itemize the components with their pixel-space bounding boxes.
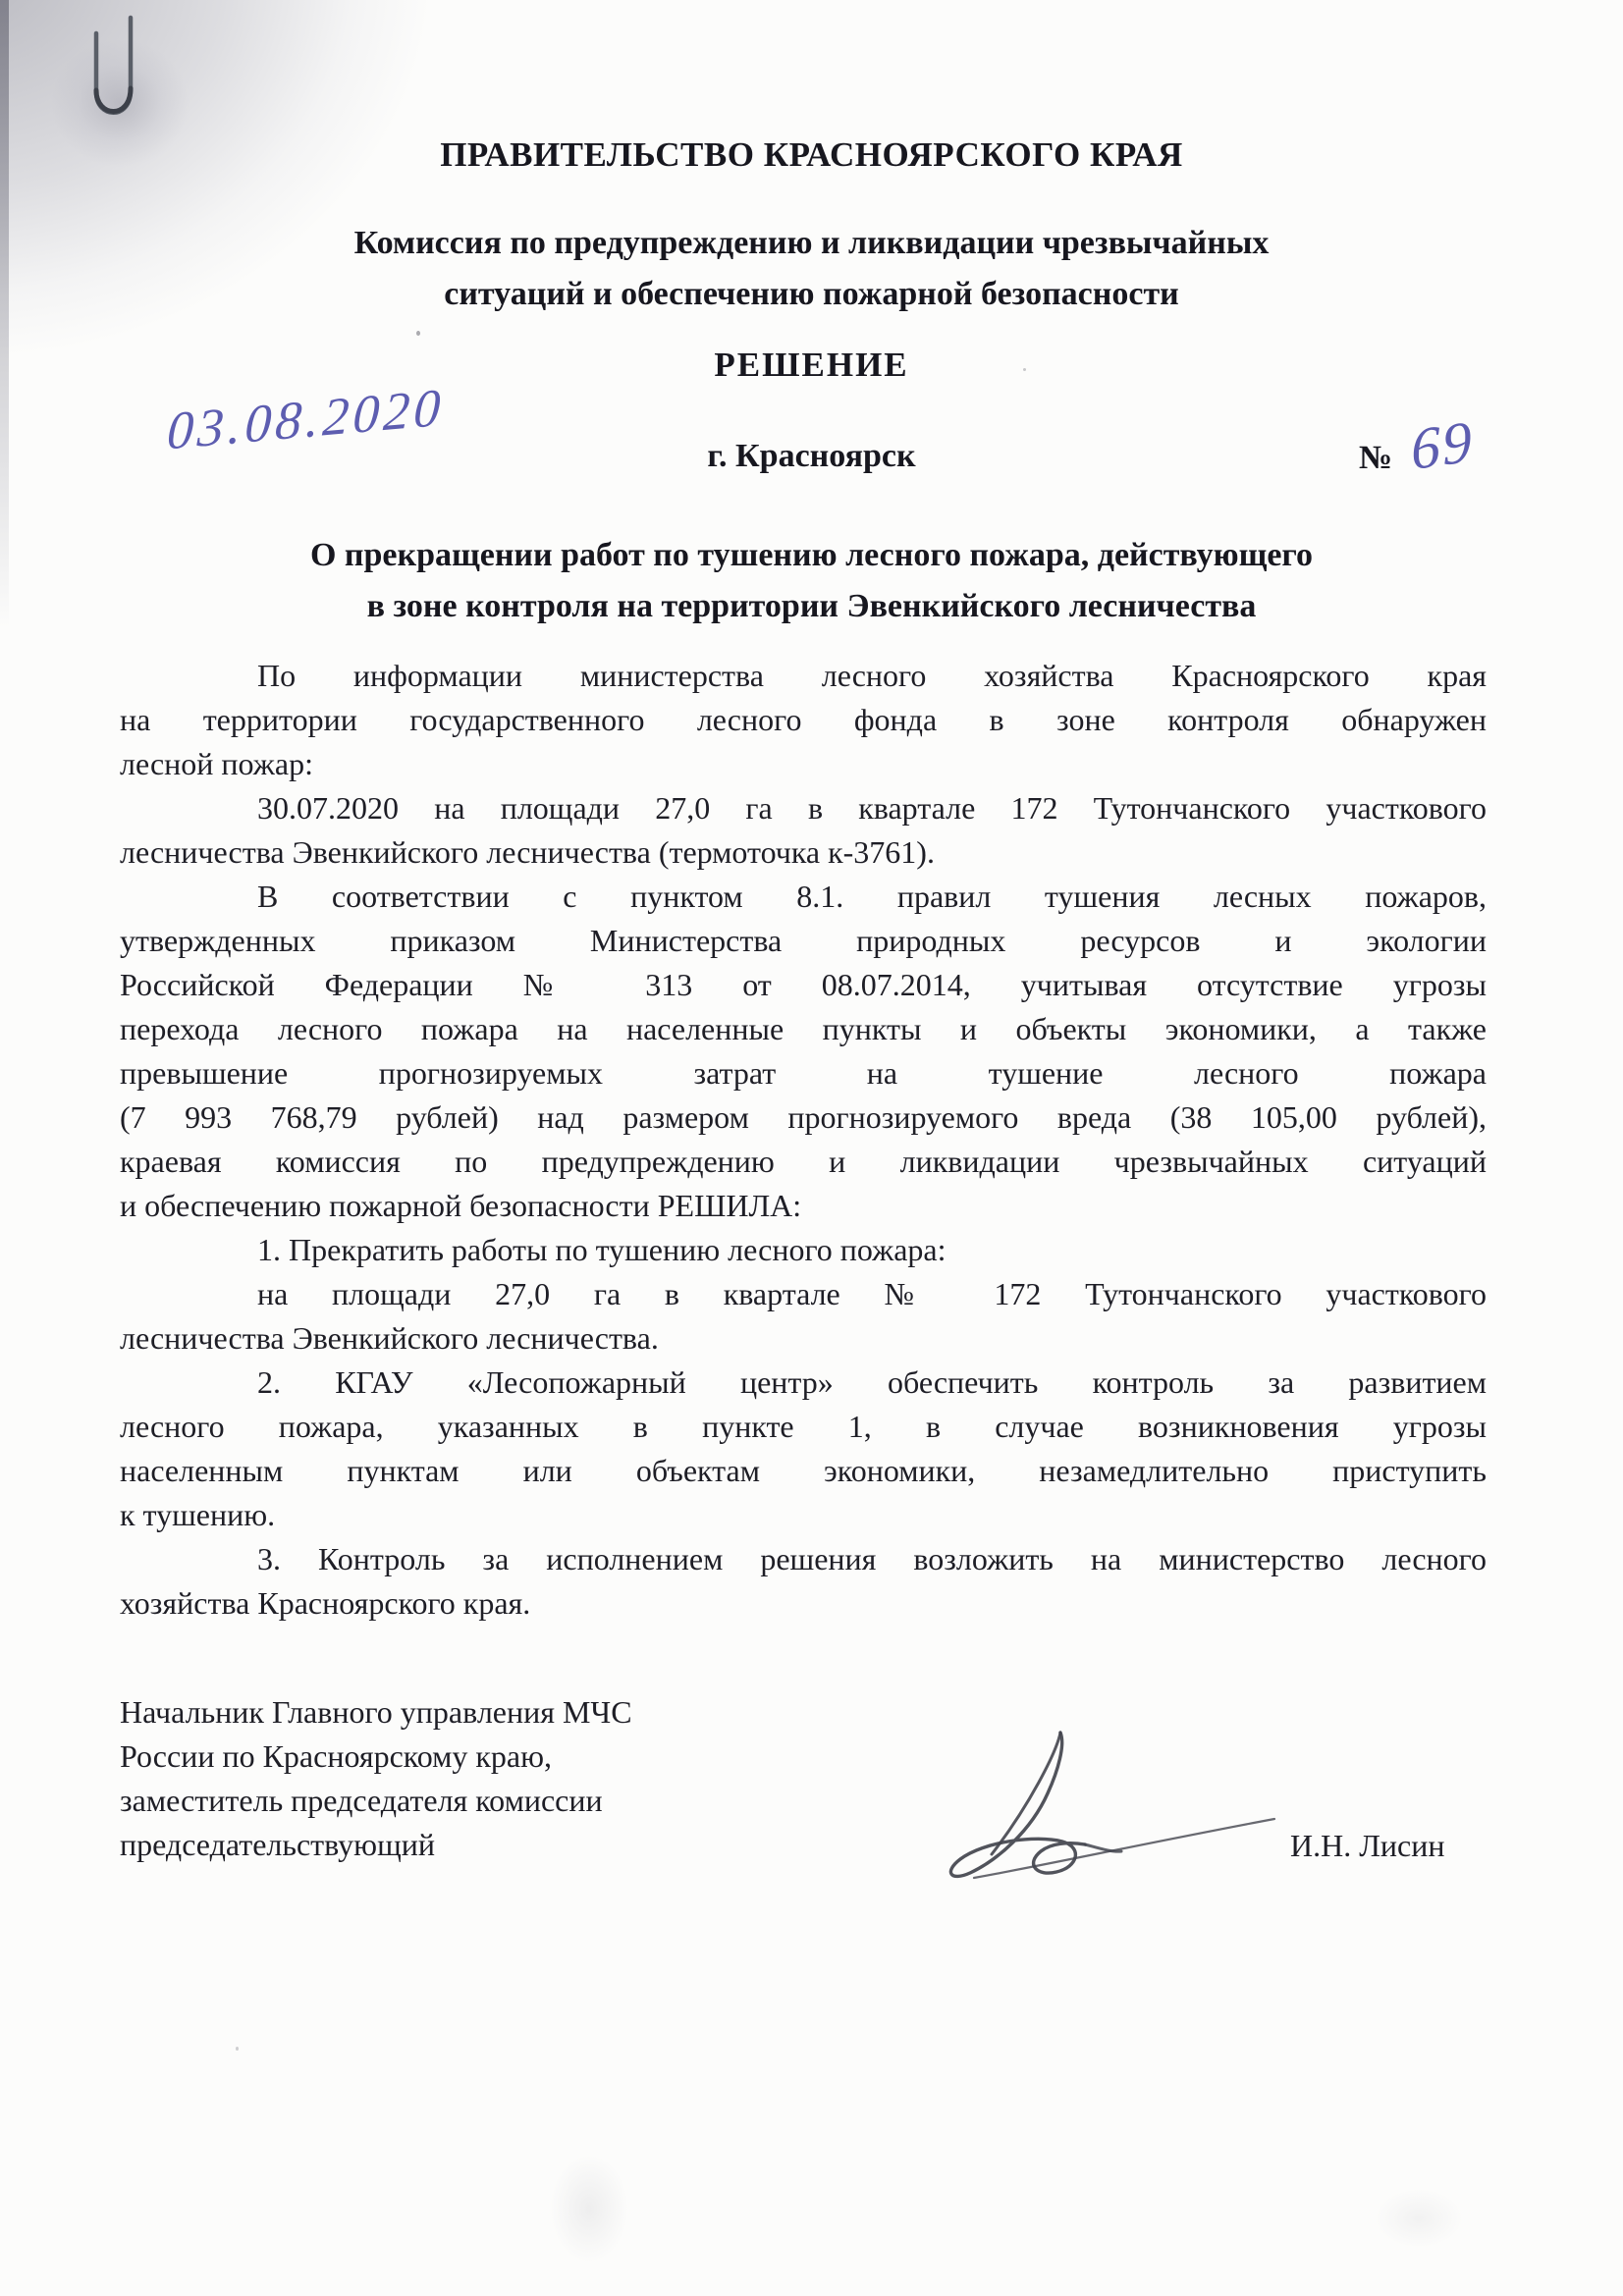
signatory-position-line: России по Красноярскому краю,	[120, 1735, 632, 1779]
text-line: к тушению.	[120, 1493, 1487, 1537]
text-line: лесного пожара, указанных в пункте 1, в …	[120, 1405, 1487, 1449]
scan-speck	[236, 2047, 239, 2051]
issuing-authority-heading: ПРАВИТЕЛЬСТВО КРАСНОЯРСКОГО КРАЯ	[0, 135, 1623, 175]
text-line: лесничества Эвенкийского лесничества (те…	[120, 830, 1487, 875]
text-line: на площади 27,0 га в квартале № 172 Туто…	[120, 1272, 1487, 1316]
document-type-heading: РЕШЕНИЕ	[0, 346, 1623, 385]
text-line: превышение прогнозируемых затрат на туше…	[120, 1051, 1487, 1095]
text-line: 30.07.2020 на площади 27,0 га в квартале…	[120, 786, 1487, 830]
text-line: В соответствии с пунктом 8.1. правил туш…	[120, 875, 1487, 919]
paragraph: 2. КГАУ «Лесопожарный центр» обеспечить …	[120, 1361, 1487, 1537]
text-line: лесничества Эвенкийского лесничества.	[120, 1316, 1487, 1361]
scan-speck	[416, 331, 420, 336]
paragraph: 30.07.2020 на площади 27,0 га в квартале…	[120, 786, 1487, 875]
signatory-name: И.Н. Лисин	[1290, 1828, 1445, 1864]
signature-icon	[903, 1703, 1316, 1919]
text-line: 2. КГАУ «Лесопожарный центр» обеспечить …	[120, 1361, 1487, 1405]
paragraph: По информации министерства лесного хозяй…	[120, 654, 1487, 786]
commission-heading-line2: ситуаций и обеспечению пожарной безопасн…	[0, 269, 1623, 320]
handwritten-document-number: 69	[1410, 407, 1475, 484]
text-line: лесной пожар:	[120, 742, 1487, 786]
text-line: перехода лесного пожара на населенные пу…	[120, 1007, 1487, 1051]
document-title-line1: О прекращении работ по тушению лесного п…	[0, 530, 1623, 581]
text-line: на территории государственного лесного ф…	[120, 698, 1487, 742]
text-line: и обеспечению пожарной безопасности РЕШИ…	[120, 1184, 1487, 1228]
paperclip-icon	[86, 8, 145, 137]
text-line: населенным пунктам или объектам экономик…	[120, 1449, 1487, 1493]
document-body: По информации министерства лесного хозяй…	[120, 654, 1487, 1626]
signatory-position-line: Начальник Главного управления МЧС	[120, 1690, 632, 1735]
text-line: (7 993 768,79 рублей) над размером прогн…	[120, 1095, 1487, 1140]
text-line: краевая комиссия по предупреждению и лик…	[120, 1140, 1487, 1184]
text-line: По информации министерства лесного хозяй…	[120, 654, 1487, 698]
text-line: утвержденных приказом Министерства приро…	[120, 919, 1487, 963]
text-line: 1. Прекратить работы по тушению лесного …	[120, 1228, 1487, 1272]
text-line: 3. Контроль за исполнением решения возло…	[120, 1537, 1487, 1581]
text-line: Российской Федерации № 313 от 08.07.2014…	[120, 963, 1487, 1007]
number-sign-label: №	[1359, 440, 1392, 477]
commission-heading: Комиссия по предупреждению и ликвидации …	[0, 218, 1623, 320]
paragraph: на площади 27,0 га в квартале № 172 Туто…	[120, 1272, 1487, 1361]
paragraph: В соответствии с пунктом 8.1. правил туш…	[120, 875, 1487, 1228]
document-title: О прекращении работ по тушению лесного п…	[0, 530, 1623, 632]
commission-heading-line1: Комиссия по предупреждению и ликвидации …	[0, 218, 1623, 269]
signatory-position-line: заместитель председателя комиссии	[120, 1779, 632, 1823]
scan-smudge	[1375, 2189, 1463, 2248]
signatory-position-block: Начальник Главного управления МЧСРоссии …	[120, 1690, 632, 1867]
paragraph: 1. Прекратить работы по тушению лесного …	[120, 1228, 1487, 1272]
signatory-position-line: председательствующий	[120, 1823, 632, 1867]
scanned-document-page: ПРАВИТЕЛЬСТВО КРАСНОЯРСКОГО КРАЯ Комисси…	[0, 0, 1623, 2296]
scan-smudge	[550, 2155, 628, 2263]
paragraph: 3. Контроль за исполнением решения возло…	[120, 1537, 1487, 1626]
text-line: хозяйства Красноярского края.	[120, 1581, 1487, 1626]
document-title-line2: в зоне контроля на территории Эвенкийско…	[0, 581, 1623, 632]
